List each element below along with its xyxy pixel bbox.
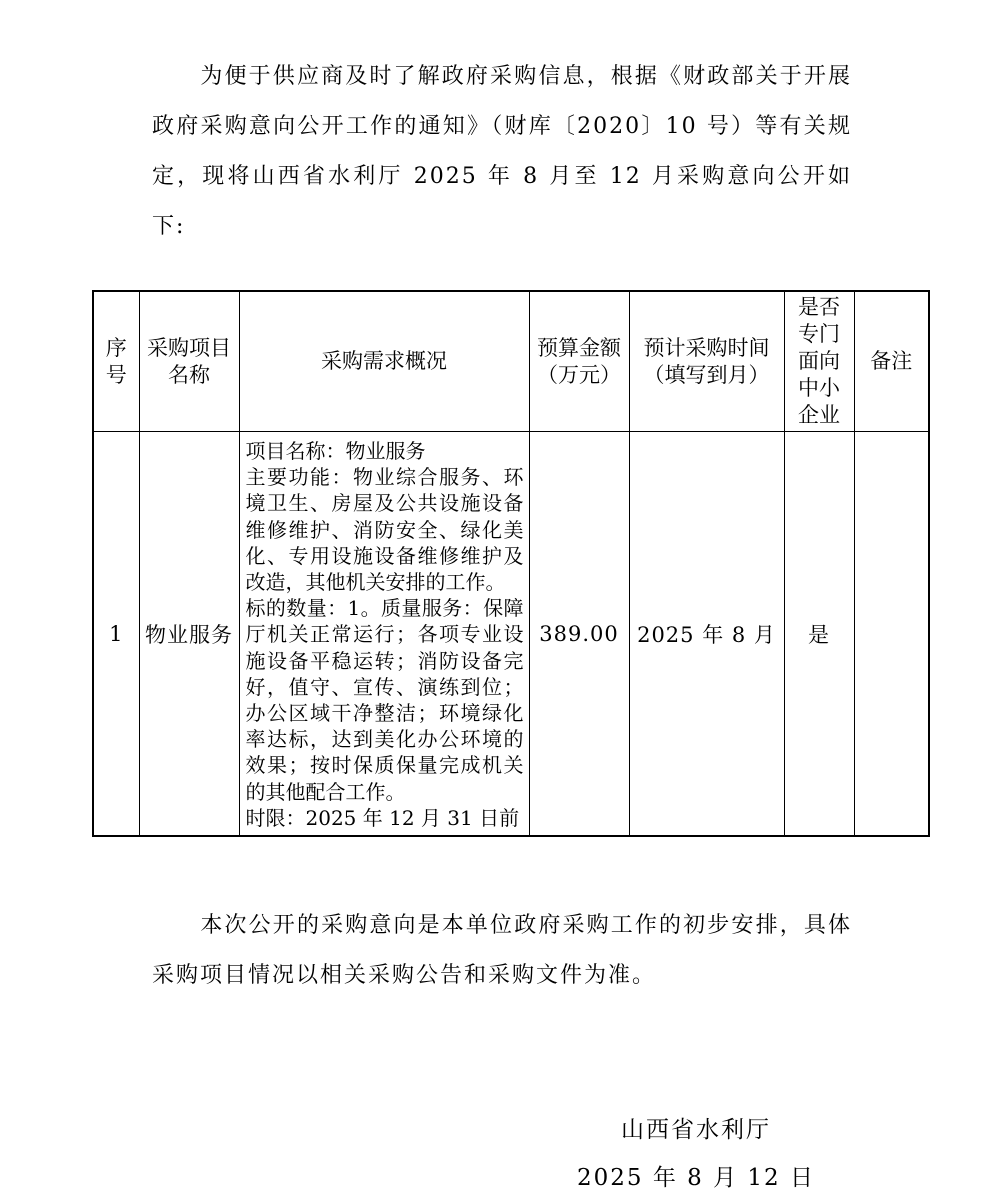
purchase-time-cell: 2025 年 8 月 — [629, 432, 784, 837]
table-header-row: 序 号 采购项目 名称 采购需求概况 预算金额 （万元） 预计采购时间 （填写到… — [93, 291, 929, 432]
remark-cell — [854, 432, 929, 837]
procurement-intent-table: 序 号 采购项目 名称 采购需求概况 预算金额 （万元） 预计采购时间 （填写到… — [92, 290, 930, 837]
closing-paragraph: 本次公开的采购意向是本单位政府采购工作的初步安排，具体采购项目情况以相关采购公告… — [152, 901, 852, 1001]
budget-cell: 389.00 — [529, 432, 629, 837]
project-name-cell: 物业服务 — [139, 432, 239, 837]
col-header-remark: 备注 — [854, 291, 929, 432]
sme-cell: 是 — [784, 432, 854, 837]
col-header-summary: 采购需求概况 — [239, 291, 529, 432]
signature-block: 山西省水利厅 2025 年 8 月 12 日 — [500, 1106, 892, 1197]
col-header-budget: 预算金额 （万元） — [529, 291, 629, 432]
intro-paragraph: 为便于供应商及时了解政府采购信息，根据《财政部关于开展政府采购意向公开工作的通知… — [152, 0, 852, 252]
col-header-sme: 是否 专门 面向 中小 企业 — [784, 291, 854, 432]
document-page: 为便于供应商及时了解政府采购信息，根据《财政部关于开展政府采购意向公开工作的通知… — [0, 0, 1000, 1197]
col-header-index: 序 号 — [93, 291, 139, 432]
signature-org: 山西省水利厅 — [500, 1106, 892, 1154]
table-row: 1 物业服务 项目名称：物业服务 主要功能：物业综合服务、环境卫生、房屋及公共设… — [93, 432, 929, 837]
col-header-project-name: 采购项目 名称 — [139, 291, 239, 432]
col-header-purchase-time: 预计采购时间 （填写到月） — [629, 291, 784, 432]
summary-cell: 项目名称：物业服务 主要功能：物业综合服务、环境卫生、房屋及公共设施设备维修维护… — [239, 432, 529, 837]
signature-date: 2025 年 8 月 12 日 — [500, 1154, 892, 1197]
index-cell: 1 — [93, 432, 139, 837]
